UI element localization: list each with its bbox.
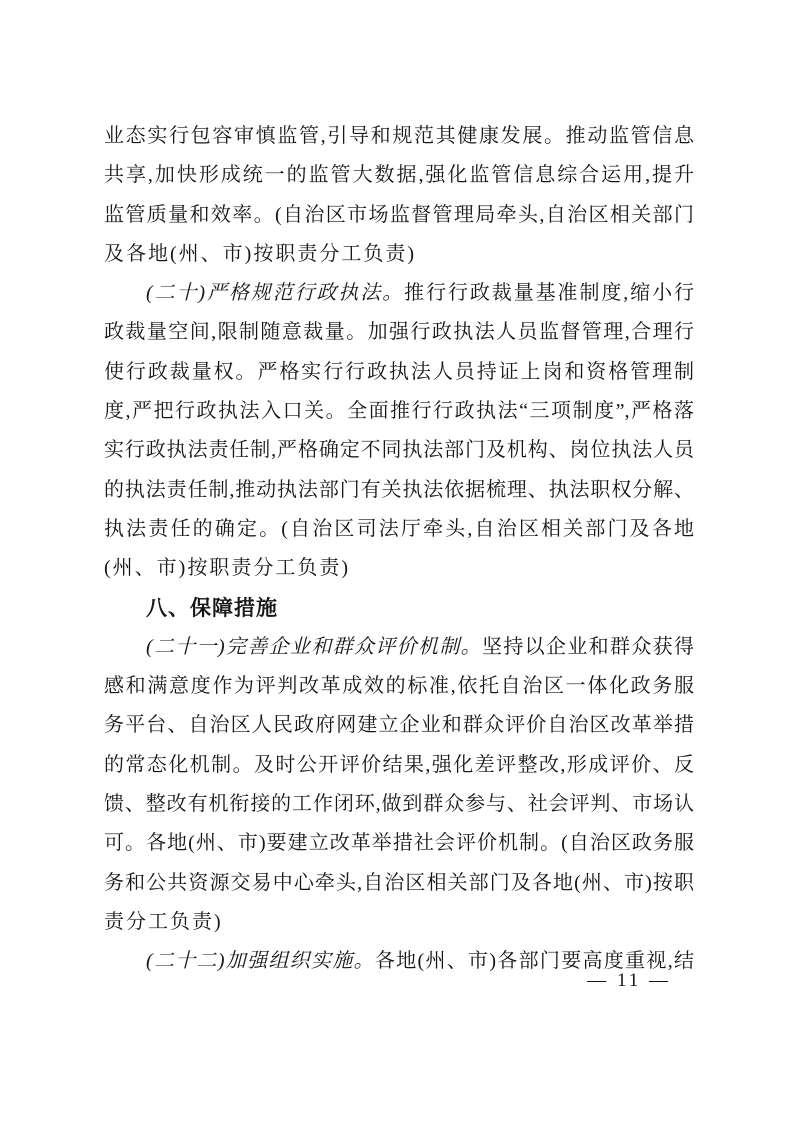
- body-text: 八、保障措施: [146, 597, 278, 620]
- document-text: 业态实行包容审慎监管,引导和规范其健康发展。推动监管信息共享,加快形成统一的监管…: [104, 117, 694, 982]
- body-text: 政裁量空间,限制随意裁量。加强行政执法人员监督管理,合理行: [104, 321, 694, 343]
- clause-title: (二十)严格规范行政执法。: [146, 282, 404, 304]
- text-line: 及各地(州、市)按职责分工负责): [104, 235, 694, 274]
- text-line: 业态实行包容审慎监管,引导和规范其健康发展。推动监管信息: [104, 117, 694, 156]
- body-text: 推行行政裁量基准制度,缩小行: [404, 282, 694, 304]
- text-line: (二十一)完善企业和群众评价机制。坚持以企业和群众获得: [104, 628, 694, 667]
- text-line: 责分工负责): [104, 903, 694, 942]
- text-line: 共享,加快形成统一的监管大数据,强化监管信息综合运用,提升: [104, 156, 694, 195]
- body-text: 责分工负责): [104, 911, 223, 933]
- body-text: 的执法责任制,推动执法部门有关执法依据梳理、执法职权分解、: [104, 479, 694, 501]
- text-line: 执法责任的确定。(自治区司法厅牵头,自治区相关部门及各地: [104, 510, 694, 549]
- body-text: 馈、整改有机衔接的工作闭环,做到群众参与、社会评判、市场认: [104, 793, 694, 815]
- body-text: 及各地(州、市)按职责分工负责): [104, 243, 416, 265]
- body-text: 的常态化机制。及时公开评价结果,强化差评整改,形成评价、反: [104, 754, 694, 776]
- document-page: 业态实行包容审慎监管,引导和规范其健康发展。推动监管信息共享,加快形成统一的监管…: [0, 0, 793, 1122]
- text-line: 务和公共资源交易中心牵头,自治区相关部门及各地(州、市)按职: [104, 864, 694, 903]
- body-text: 共享,加快形成统一的监管大数据,强化监管信息综合运用,提升: [104, 164, 694, 186]
- text-line: 监管质量和效率。(自治区市场监督管理局牵头,自治区相关部门: [104, 196, 694, 235]
- body-text: 监管质量和效率。(自治区市场监督管理局牵头,自治区相关部门: [104, 204, 694, 226]
- body-text: (州、市)按职责分工负责): [104, 557, 350, 579]
- text-line: 使行政裁量权。严格实行行政执法人员持证上岗和资格管理制: [104, 353, 694, 392]
- text-line: 感和满意度作为评判改革成效的标准,依托自治区一体化政务服: [104, 667, 694, 706]
- text-line: 可。各地(州、市)要建立改革举措社会评价机制。(自治区政务服: [104, 824, 694, 863]
- clause-title: (二十二)加强组织实施。: [146, 950, 375, 972]
- body-text: 务和公共资源交易中心牵头,自治区相关部门及各地(州、市)按职: [104, 872, 694, 894]
- body-text: 业态实行包容审慎监管,引导和规范其健康发展。推动监管信息: [104, 125, 694, 147]
- clause-title: (二十一)完善企业和群众评价机制。: [146, 636, 482, 658]
- body-text: 实行政执法责任制,严格确定不同执法部门及机构、岗位执法人员: [104, 439, 694, 461]
- body-text: 各地(州、市)各部门要高度重视,结: [375, 950, 694, 972]
- body-text: 可。各地(州、市)要建立改革举措社会评价机制。(自治区政务服: [104, 832, 694, 854]
- text-line: 度,严把行政执法入口关。全面推行行政执法“三项制度”,严格落: [104, 392, 694, 431]
- text-line: 务平台、自治区人民政府网建立企业和群众评价自治区改革举措: [104, 706, 694, 745]
- body-text: 感和满意度作为评判改革成效的标准,依托自治区一体化政务服: [104, 675, 694, 697]
- text-line: 政裁量空间,限制随意裁量。加强行政执法人员监督管理,合理行: [104, 313, 694, 352]
- page-number: — 11 —: [587, 970, 671, 992]
- text-line: (二十)严格规范行政执法。推行行政裁量基准制度,缩小行: [104, 274, 694, 313]
- text-line: 馈、整改有机衔接的工作闭环,做到群众参与、社会评判、市场认: [104, 785, 694, 824]
- body-text: 度,严把行政执法入口关。全面推行行政执法“三项制度”,严格落: [104, 400, 694, 422]
- text-line: 的常态化机制。及时公开评价结果,强化差评整改,形成评价、反: [104, 746, 694, 785]
- body-text: 执法责任的确定。(自治区司法厅牵头,自治区相关部门及各地: [104, 518, 694, 540]
- body-text: 使行政裁量权。严格实行行政执法人员持证上岗和资格管理制: [104, 361, 694, 383]
- text-line: 实行政执法责任制,严格确定不同执法部门及机构、岗位执法人员: [104, 431, 694, 470]
- section-heading: 八、保障措施: [104, 589, 694, 628]
- body-text: 坚持以企业和群众获得: [482, 636, 694, 658]
- text-line: 的执法责任制,推动执法部门有关执法依据梳理、执法职权分解、: [104, 471, 694, 510]
- body-text: 务平台、自治区人民政府网建立企业和群众评价自治区改革举措: [104, 714, 694, 736]
- text-line: (州、市)按职责分工负责): [104, 549, 694, 588]
